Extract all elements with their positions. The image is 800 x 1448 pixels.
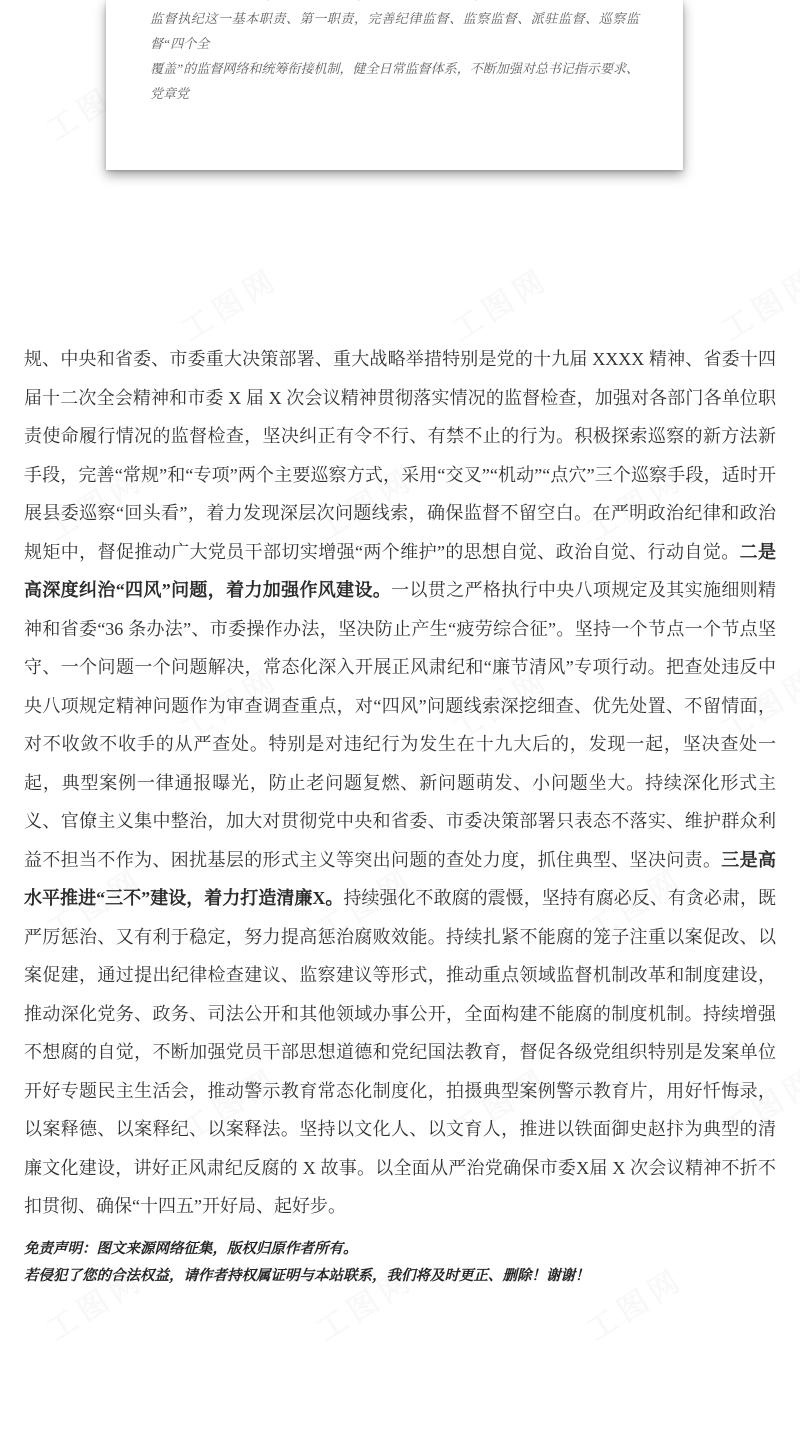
article-text-segment: 一以贯之严格执行中央八项规定及其实施细则精神和省委“36 条办法”、市委操作办法… [24,580,776,870]
preview-card-content: 坚持把监督挺在前面，聚焦主责主业，突出强化政治监督，始终坚守 监督执纪这一基本职… [106,0,683,106]
site-watermark-text: 工图网 [442,255,557,350]
disclaimer-block: 免责声明：图文来源网络征集，版权归原作者所有。若侵犯了您的合法权益，请作者持权属… [24,1236,776,1290]
article-text-segment: 持续强化不敢腐的震慑，坚持有腐必反、有贪必肃，既严厉惩治、又有利于稳定，努力提高… [24,888,776,1216]
preview-card-line: 覆盖”的监督网络和统筹衔接机制，健全日常监督体系，不断加强对总书记指示要求、党章… [150,56,639,106]
document-page: { "colors": { "page_background": "#fffff… [0,0,800,1448]
site-watermark-text: 工图网 [712,255,800,350]
article-text-segment: 规、中央和省委、市委重大决策部署、重大战略举措特别是党的十九届 XXXX 精神、… [24,349,776,562]
preview-card-lines: 监督执纪这一基本职责、第一职责，完善纪律监督、监察监督、派驻监督、巡察监督“四个… [150,6,639,106]
disclaimer-line: 免责声明：图文来源网络征集，版权归原作者所有。 [24,1236,776,1263]
article-body-text: 规、中央和省委、市委重大决策部署、重大战略举措特别是党的十九届 XXXX 精神、… [24,340,776,1226]
site-watermark-text: 工图网 [172,255,287,350]
document-preview-card: 坚持把监督挺在前面，聚焦主责主业，突出强化政治监督，始终坚守 监督执纪这一基本职… [106,0,683,170]
disclaimer-line: 若侵犯了您的合法权益，请作者持权属证明与本站联系，我们将及时更正、删除！谢谢！ [24,1263,776,1290]
preview-card-line: 监督执纪这一基本职责、第一职责，完善纪律监督、监察监督、派驻监督、巡察监督“四个… [150,6,639,56]
